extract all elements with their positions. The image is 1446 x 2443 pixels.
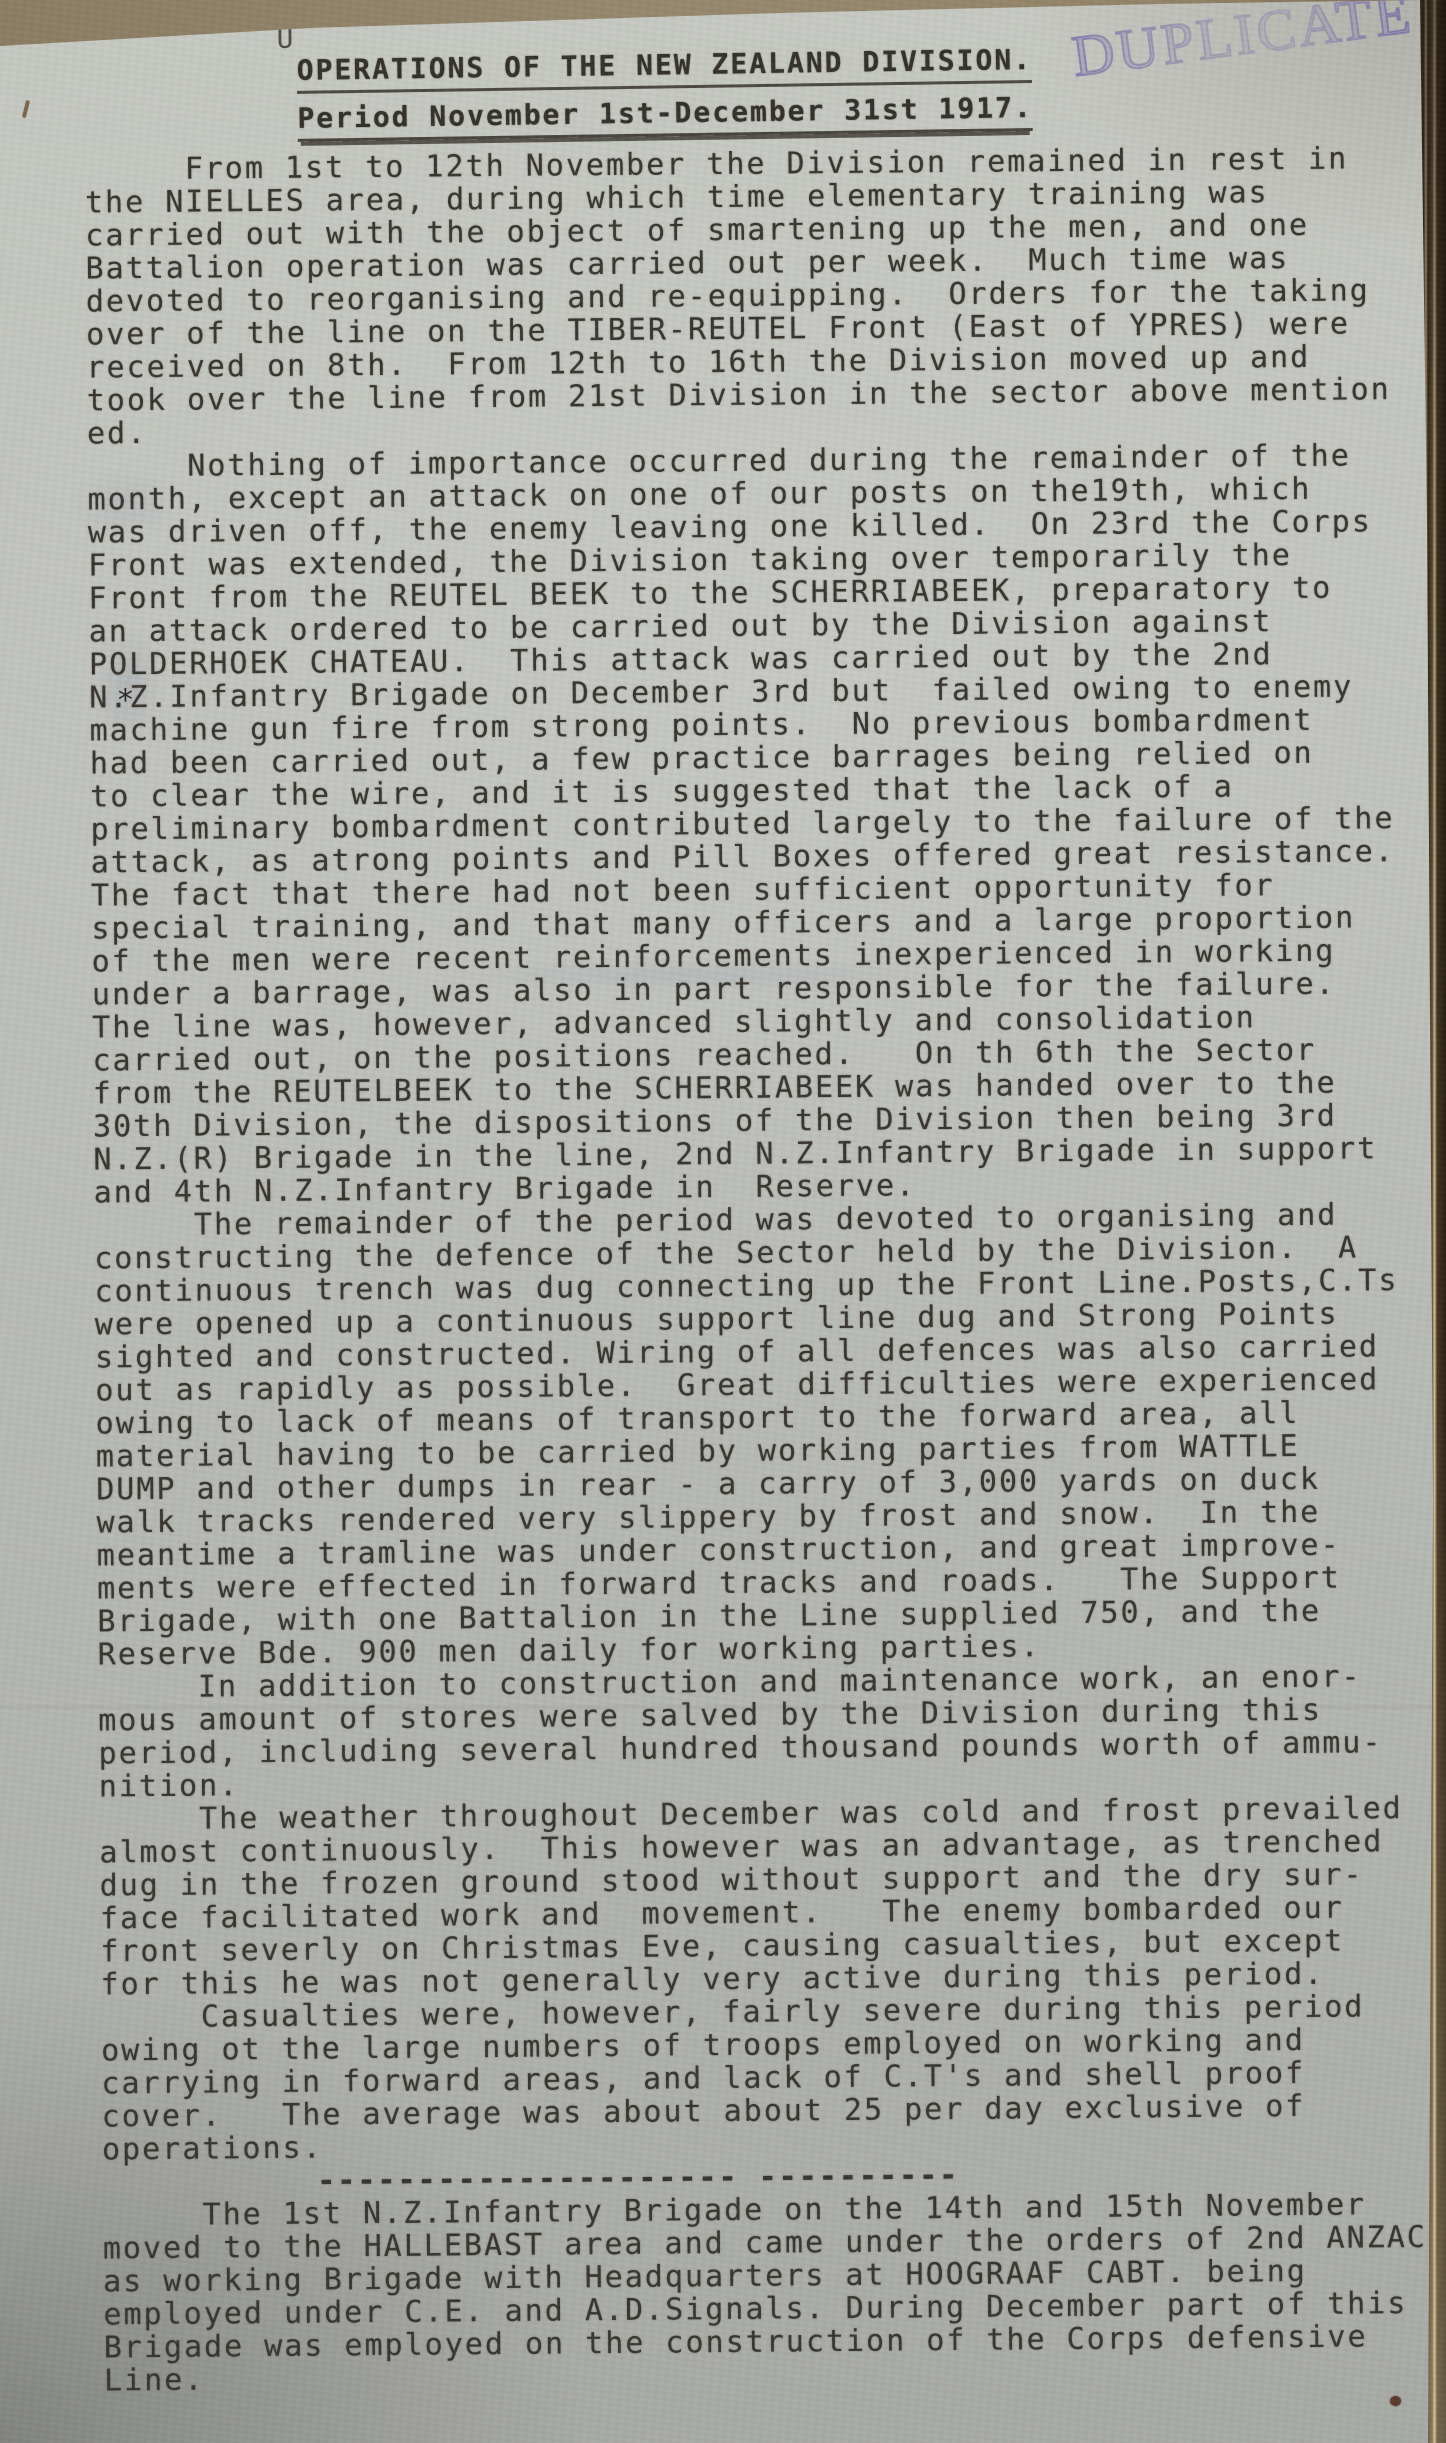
document-page: U OPERATIONS OF THE NEW ZEALAND DIVISION… (0, 0, 1446, 2443)
duplicate-stamp: DUPLICATE (1068, 0, 1446, 90)
typed-stray-char: U (276, 22, 295, 55)
margin-asterisk: * (116, 683, 134, 718)
page-subtitle: Period November 1st-December 31st 1917. (297, 91, 1033, 142)
scanned-photo: U OPERATIONS OF THE NEW ZEALAND DIVISION… (0, 0, 1446, 2443)
document-heading: OPERATIONS OF THE NEW ZEALAND DIVISION. … (296, 43, 1033, 142)
ink-dot (1390, 2396, 1401, 2406)
typed-content: U OPERATIONS OF THE NEW ZEALAND DIVISION… (0, 0, 1446, 2443)
document-body: From 1st to 12th November the Division r… (85, 142, 1429, 2397)
page-title: OPERATIONS OF THE NEW ZEALAND DIVISION. (296, 43, 1032, 94)
